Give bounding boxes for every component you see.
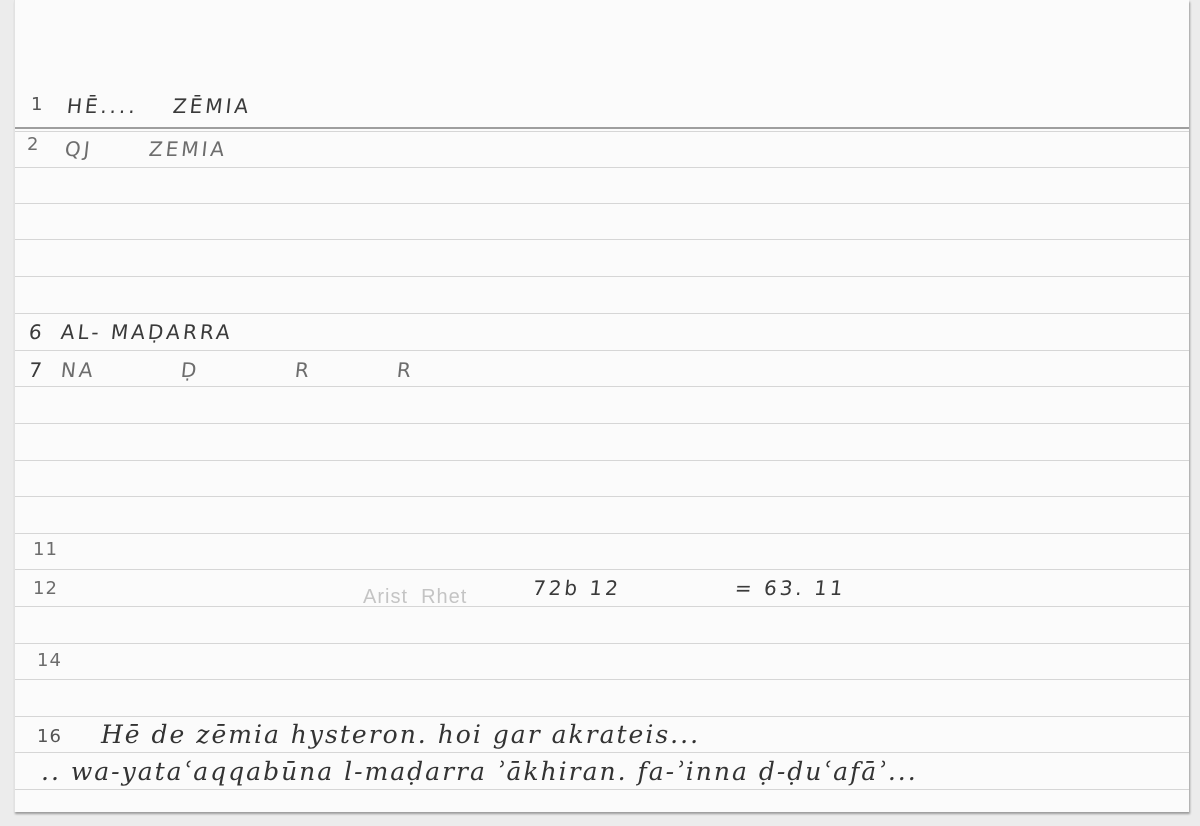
line-number: 1 bbox=[31, 96, 43, 114]
greek-quotation: Hē de zēmia hysteron. hoi gar akrateis..… bbox=[101, 722, 700, 747]
line-number: 14 bbox=[37, 652, 62, 670]
line-number: 6 bbox=[28, 322, 46, 342]
ruled-line bbox=[15, 350, 1189, 351]
ruled-line bbox=[15, 423, 1189, 424]
ruled-line bbox=[15, 239, 1189, 240]
source-equivalent: = 63. 11 bbox=[734, 578, 847, 598]
ruled-line bbox=[15, 789, 1189, 790]
ruled-line bbox=[15, 679, 1189, 680]
ruled-line bbox=[15, 752, 1189, 753]
arabic-transliteration: .. wa-yataʿaqqabūna l-maḍarra ʾākhiran. … bbox=[41, 759, 918, 784]
ruled-line bbox=[15, 131, 1189, 132]
line-number: 12 bbox=[33, 580, 58, 598]
ruled-line bbox=[15, 716, 1189, 717]
mark-d: Ḍ bbox=[180, 360, 201, 380]
ruled-line bbox=[15, 460, 1189, 461]
ruled-line bbox=[15, 569, 1189, 570]
ruled-line bbox=[15, 533, 1189, 534]
line-text: AL- MAḌARRA bbox=[60, 322, 234, 342]
ruled-line bbox=[15, 643, 1189, 644]
ruled-line bbox=[15, 606, 1189, 607]
mark-r: R bbox=[294, 360, 313, 380]
line-number: 2 bbox=[27, 136, 39, 154]
line-number: 11 bbox=[33, 541, 58, 559]
source-stamp: Arist Rhet bbox=[363, 586, 467, 609]
ruled-line bbox=[15, 203, 1189, 204]
line-text: HĒ.... bbox=[66, 96, 139, 116]
line-number: 16 bbox=[37, 728, 62, 746]
ruled-line bbox=[15, 313, 1189, 314]
line-gloss: ZĒMIA bbox=[172, 96, 252, 116]
index-card: 1 HĒ.... ZĒMIA 2 QJ ZEMIA 6 AL- MAḌARRA … bbox=[14, 0, 1189, 812]
source-reference: 72b 12 bbox=[532, 578, 622, 598]
ruled-line bbox=[15, 386, 1189, 387]
ruled-line bbox=[15, 496, 1189, 497]
line-text: NA bbox=[60, 360, 97, 380]
line-number: 7 bbox=[28, 360, 46, 380]
line-text: QJ bbox=[64, 139, 94, 159]
mark-r: R bbox=[396, 360, 415, 380]
ruled-line bbox=[15, 167, 1189, 168]
header-rule bbox=[15, 127, 1189, 129]
line-gloss: ZEMIA bbox=[148, 139, 228, 159]
ruled-line bbox=[15, 276, 1189, 277]
